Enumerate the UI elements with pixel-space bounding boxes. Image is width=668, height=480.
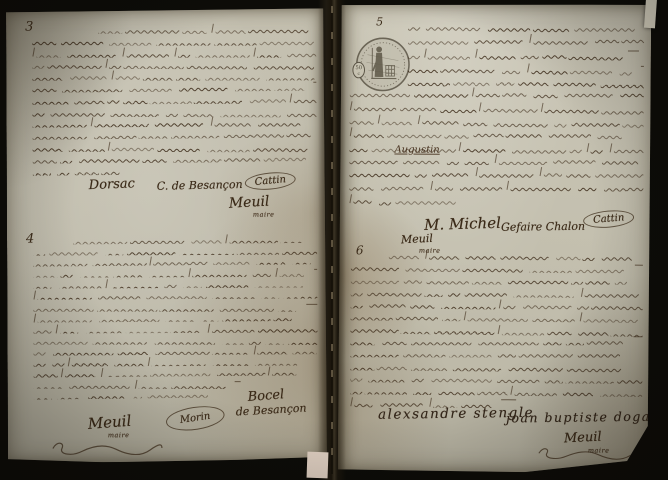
entry-5-handwritten-text: mmmmmmmmmmmmmmmmmmmmmmmmmmmmmmmmmmmmmmmm… [349,19,644,207]
signature-besancon-entry4: de Besançon [235,402,306,419]
maire-title-entry4: maire [108,431,130,439]
signature-chalon: Gefaire Chalon [501,220,585,234]
signature-flourish [50,439,165,456]
signature-cattin-entry5: Cattin [582,209,635,230]
maire-title-entry3: maire [253,211,275,219]
signature-meuil-entry6: Meuil [564,430,602,447]
signature-morin-oval: Morin [164,403,225,434]
signature-meuil-entry4: Meuil [87,412,132,433]
entry-3-handwritten-text: mmmmmmmmmmmmmmmmmmmmmmmmmmmmmmmmmmmmmmmm… [32,20,317,175]
left-page: 3 mmmmmmmmmmmmmmmmmmmmmmmmmmmmmmmmmmmmmm… [6,8,327,462]
right-page: 5 50 c mmmmmmmmmmmmmmmmmmmmmmmmmmmmmmmmm… [338,3,651,473]
signature-flourish [536,445,646,461]
signature-dorsac: Dorsac [89,176,136,193]
signature-dogane: joan buptiste dogane [506,408,668,425]
signature-meuil-entry3: Meuil [228,194,269,212]
signature-meuil-entry5: Meuil [401,232,433,246]
underlined-name-augustin: Augustin [394,144,439,155]
signature-michel: M. Michel [424,214,501,234]
entry-6-handwritten-text: mmmmmmmmmmmmmmmmmmmmmmmmmmmmmmmmmmmmmmmm… [350,247,643,408]
signature-besancon-entry3: C. de Besançon [157,178,243,193]
register-scan: 3 mmmmmmmmmmmmmmmmmmmmmmmmmmmmmmmmmmmmmm… [0,0,668,480]
entry-4-handwritten-text: mmmmmmmmmmmmmmmmmmmmmmmmmmmmmmmmmmmmmmmm… [33,232,318,400]
page-edge-sliver [644,0,657,28]
page-edge-tab [307,452,329,479]
